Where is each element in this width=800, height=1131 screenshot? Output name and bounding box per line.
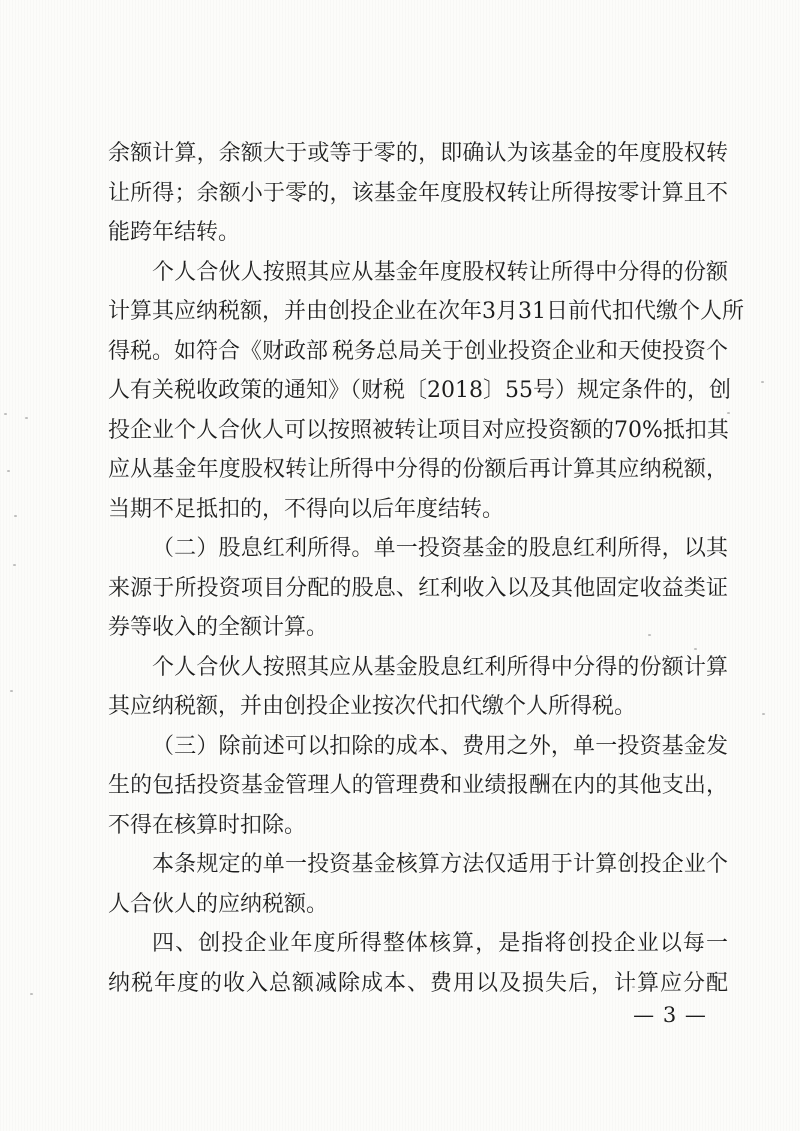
- scan-speck: [25, 417, 28, 419]
- text-line: 当期不足抵扣的，不得向以后年度结转。: [108, 490, 728, 530]
- page-number: — 3 —: [630, 1003, 710, 1027]
- text-line: 余额计算，余额大于或等于零的，即确认为该基金的年度股权转: [108, 134, 728, 174]
- text-line: 让所得；余额小于零的，该基金年度股权转让所得按零计算且不: [108, 174, 728, 214]
- text-line: 来源于所投资项目分配的股息、红利收入以及其他固定收益类证: [108, 569, 728, 609]
- text-line: 投企业个人合伙人可以按照被转让项目对应投资额的70%抵扣其: [108, 411, 728, 451]
- text-line: 计算其应纳税额，并由创投企业在次年3月31日前代扣代缴个人所: [108, 292, 728, 332]
- text-line: 其应纳税额，并由创投企业按次代扣代缴个人所得税。: [108, 687, 728, 727]
- text-line: 不得在核算时扣除。: [108, 806, 728, 846]
- text-line: 个人合伙人按照其应从基金股息红利所得中分得的份额计算: [108, 648, 728, 688]
- text-line: 得税。如符合《财政部 税务总局关于创业投资企业和天使投资个: [108, 332, 728, 372]
- text-line: （三）除前述可以扣除的成本、费用之外，单一投资基金发: [108, 727, 728, 767]
- scan-speck: [762, 713, 765, 715]
- text-line: 纳税年度的收入总额减除成本、费用以及损失后，计算应分配: [108, 964, 728, 1004]
- text-line: （二）股息红利所得。单一投资基金的股息红利所得，以其: [108, 529, 728, 569]
- text-line: 个人合伙人按照其应从基金年度股权转让所得中分得的份额: [108, 253, 728, 293]
- text-line: 券等收入的全额计算。: [108, 608, 728, 648]
- text-line: 生的包括投资基金管理人的管理费和业绩报酬在内的其他支出，: [108, 766, 728, 806]
- text-line: 四、创投企业年度所得整体核算，是指将创投企业以每一: [108, 924, 728, 964]
- text-line: 能跨年结转。: [108, 213, 728, 253]
- scan-speck: [14, 515, 17, 517]
- text-line: 人合伙人的应纳税额。: [108, 885, 728, 925]
- text-line: 应从基金年度股权转让所得中分得的份额后再计算其应纳税额，: [108, 450, 728, 490]
- text-line: 本条规定的单一投资基金核算方法仅适用于计算创投企业个: [108, 845, 728, 885]
- document-page: 余额计算，余额大于或等于零的，即确认为该基金的年度股权转让所得；余额小于零的，该…: [0, 0, 800, 1131]
- text-line: 人有关税收政策的通知》（财税〔2018〕55号）规定条件的，创: [108, 371, 728, 411]
- scan-speck: [30, 993, 33, 995]
- scan-speck: [10, 690, 13, 692]
- scan-speck: [13, 564, 16, 566]
- scan-speck: [4, 413, 7, 415]
- document-body: 余额计算，余额大于或等于零的，即确认为该基金的年度股权转让所得；余额小于零的，该…: [108, 134, 728, 1003]
- scan-speck: [761, 381, 764, 383]
- scan-speck: [7, 470, 10, 472]
